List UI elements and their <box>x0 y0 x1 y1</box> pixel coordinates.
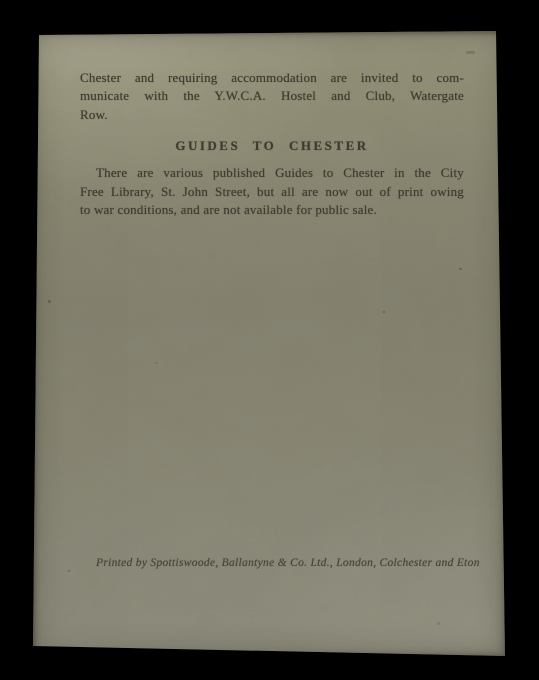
text-line: There are various published Guides to Ch… <box>80 164 464 182</box>
text-line: municate with the Y.W.C.A. Hostel and Cl… <box>80 87 464 105</box>
photo-background: Chester and requiring accommodation are … <box>0 0 539 680</box>
paper-speck <box>68 570 70 572</box>
guides-paragraph: There are various published Guides to Ch… <box>80 164 464 219</box>
text-line: Chester and requiring accommodation are … <box>80 69 464 87</box>
printer-imprint: Printed by Spottiswoode, Ballantyne & Co… <box>96 556 470 571</box>
page-text-block: Chester and requiring accommodation are … <box>80 69 464 219</box>
text-line: Free Library, St. John Street, but all a… <box>80 183 464 201</box>
text-line: to war conditions, and are not available… <box>80 201 464 219</box>
paper-speck <box>466 51 475 54</box>
guides-heading: GUIDES TO CHESTER <box>80 137 464 155</box>
booklet-page: Chester and requiring accommodation are … <box>0 0 539 680</box>
text-line: Row. <box>80 106 464 124</box>
paper-speck <box>437 622 440 625</box>
paper-speck <box>383 311 385 313</box>
paper-speck <box>155 362 158 364</box>
continuation-paragraph: Chester and requiring accommodation are … <box>80 69 464 124</box>
paper-speck <box>48 300 51 303</box>
paper-speck <box>459 268 462 270</box>
